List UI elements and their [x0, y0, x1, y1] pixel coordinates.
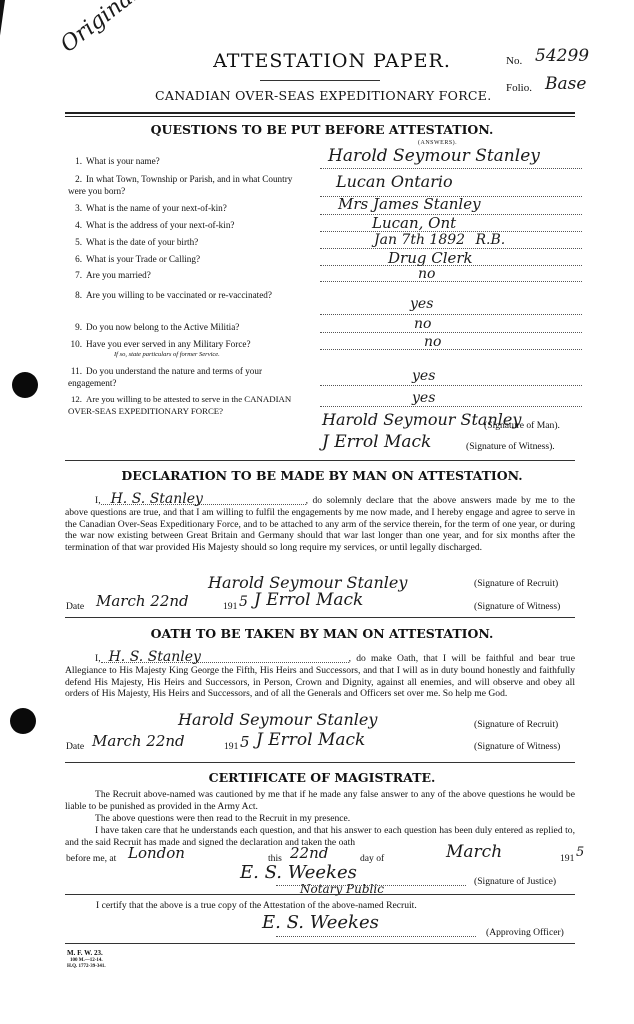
folio-value: Base	[545, 74, 586, 94]
approving-officer-line	[276, 936, 476, 937]
declaration-year-suffix: 5	[239, 594, 248, 610]
answer-2: Lucan Ontario	[336, 172, 453, 191]
answer-5: Jan 7th 1892 1889 R.B.	[374, 232, 505, 248]
number-value: 54299	[535, 46, 589, 66]
question-6: 6.What is your Trade or Calling?	[68, 254, 308, 266]
page-subtitle: CANADIAN OVER-SEAS EXPEDITIONARY FORCE.	[155, 88, 491, 103]
question-10: 10.Have you ever served in any Military …	[68, 339, 308, 351]
question-2: 2.In what Town, Township or Parish, and …	[68, 174, 308, 197]
answer-9: no	[414, 316, 431, 332]
signature-justice-label: (Signature of Justice)	[474, 876, 556, 887]
question-9: 9.Do you now belong to the Active Militi…	[68, 322, 308, 334]
answer-8: yes	[410, 296, 433, 312]
question-3: 3.What is the name of your next-of-kin?	[68, 203, 308, 215]
answer-line-1	[320, 168, 582, 169]
answer-line-10	[320, 349, 582, 350]
signature-witness-q: J Errol Mack	[322, 432, 431, 452]
magistrate-year-suffix: 5	[576, 845, 584, 860]
birth-date: Jan 7th 1892	[374, 232, 465, 248]
declaration-text: I,H. S. Stanley, do solemnly declare tha…	[65, 494, 575, 554]
oath-signature-recruit-label: (Signature of Recruit)	[474, 719, 558, 730]
justice-signature-line	[276, 885, 466, 886]
section-rule-3	[65, 762, 575, 763]
answer-11: yes	[412, 368, 435, 384]
day-of-label: day of	[360, 853, 384, 864]
declaration-date: March 22nd	[96, 592, 189, 610]
approving-officer-signature: E. S. Weekes	[262, 912, 379, 933]
certify-text: I certify that the above is a true copy …	[96, 900, 576, 912]
question-11: 11.Do you understand the nature and term…	[68, 366, 308, 389]
answer-7: no	[418, 266, 435, 282]
folio-label: Folio.	[506, 82, 532, 94]
oath-date-label: Date	[66, 741, 84, 752]
section-rule-1	[65, 460, 575, 461]
hq-code: H.Q. 1772-39-341.	[67, 963, 106, 971]
declaration-signature-witness: J Errol Mack	[254, 590, 363, 610]
question-1: 1.What is your name?	[68, 156, 308, 168]
title-rule	[260, 80, 380, 81]
magistrate-year-prefix: 191	[560, 853, 574, 864]
magistrate-paragraph-2: The above questions were then read to th…	[65, 813, 575, 825]
answer-line-8	[320, 314, 582, 315]
question-10-note: If so, state particulars of former Servi…	[114, 351, 220, 358]
punch-hole-top	[12, 372, 38, 398]
question-4: 4.What is the address of your next-of-ki…	[68, 220, 308, 232]
section-rule-2	[65, 617, 575, 618]
signature-witness-q-label: (Signature of Witness).	[466, 441, 555, 452]
oath-year-prefix: 191	[224, 741, 238, 752]
section-rule-5	[65, 943, 575, 944]
oath-signature-recruit: Harold Seymour Stanley	[178, 710, 377, 729]
questions-heading: QUESTIONS TO BE PUT BEFORE ATTESTATION.	[0, 122, 634, 137]
correction-initials: R.B.	[476, 232, 506, 248]
answer-10: no	[424, 334, 441, 350]
answer-6: Drug Clerk	[388, 249, 473, 267]
question-7: 7.Are you married?	[68, 270, 308, 282]
magistrate-place: London	[128, 844, 185, 862]
magistrate-paragraph-1: The Recruit above-named was cautioned by…	[65, 789, 575, 813]
oath-year-suffix: 5	[240, 733, 250, 751]
oath-heading: OATH TO BE TAKEN BY MAN ON ATTESTATION.	[0, 626, 634, 641]
answer-line-7	[320, 281, 582, 282]
declaration-signature-witness-label: (Signature of Witness)	[474, 601, 560, 612]
question-5: 5.What is the date of your birth?	[68, 237, 308, 249]
answer-line-12	[320, 406, 582, 407]
section-rule-4	[65, 894, 575, 895]
answer-3: Mrs James Stanley	[338, 195, 481, 213]
declaration-name: H. S. Stanley	[101, 494, 306, 505]
oath-text: I,H. S. Stanley, do make Oath, that I wi…	[65, 652, 575, 700]
magistrate-day: 22nd	[290, 844, 328, 862]
declaration-year-prefix: 191	[223, 601, 237, 612]
signature-justice: E. S. Weekes	[240, 862, 357, 883]
answer-line-11	[320, 385, 582, 386]
oath-date: March 22nd	[92, 732, 185, 750]
declaration-signature-recruit-label: (Signature of Recruit)	[474, 578, 558, 589]
magistrate-heading: CERTIFICATE OF MAGISTRATE.	[0, 770, 634, 785]
header-double-rule	[65, 112, 575, 117]
punch-hole-bottom	[10, 708, 36, 734]
answer-line-9	[320, 332, 582, 333]
signature-man-label: (Signature of Man).	[484, 420, 560, 431]
question-8: 8.Are you willing to be vaccinated or re…	[68, 287, 308, 304]
number-label: No.	[506, 55, 522, 67]
magistrate-month: March	[446, 842, 502, 862]
oath-signature-witness: J Errol Mack	[256, 730, 365, 750]
approving-officer-label: (Approving Officer)	[486, 927, 564, 938]
form-code: M. F. W. 23.	[67, 949, 103, 957]
declaration-heading: DECLARATION TO BE MADE BY MAN ON ATTESTA…	[0, 468, 634, 483]
answer-4: Lucan, Ont	[372, 214, 456, 232]
declaration-date-label: Date	[66, 601, 84, 612]
answer-12: yes	[412, 390, 435, 406]
oath-signature-witness-label: (Signature of Witness)	[474, 741, 560, 752]
answer-1: Harold Seymour Stanley	[328, 146, 540, 166]
oath-name: H. S. Stanley	[101, 652, 349, 663]
question-12: 12.Are you willing to be attested to ser…	[68, 394, 308, 417]
before-me-label: before me, at	[66, 853, 116, 864]
